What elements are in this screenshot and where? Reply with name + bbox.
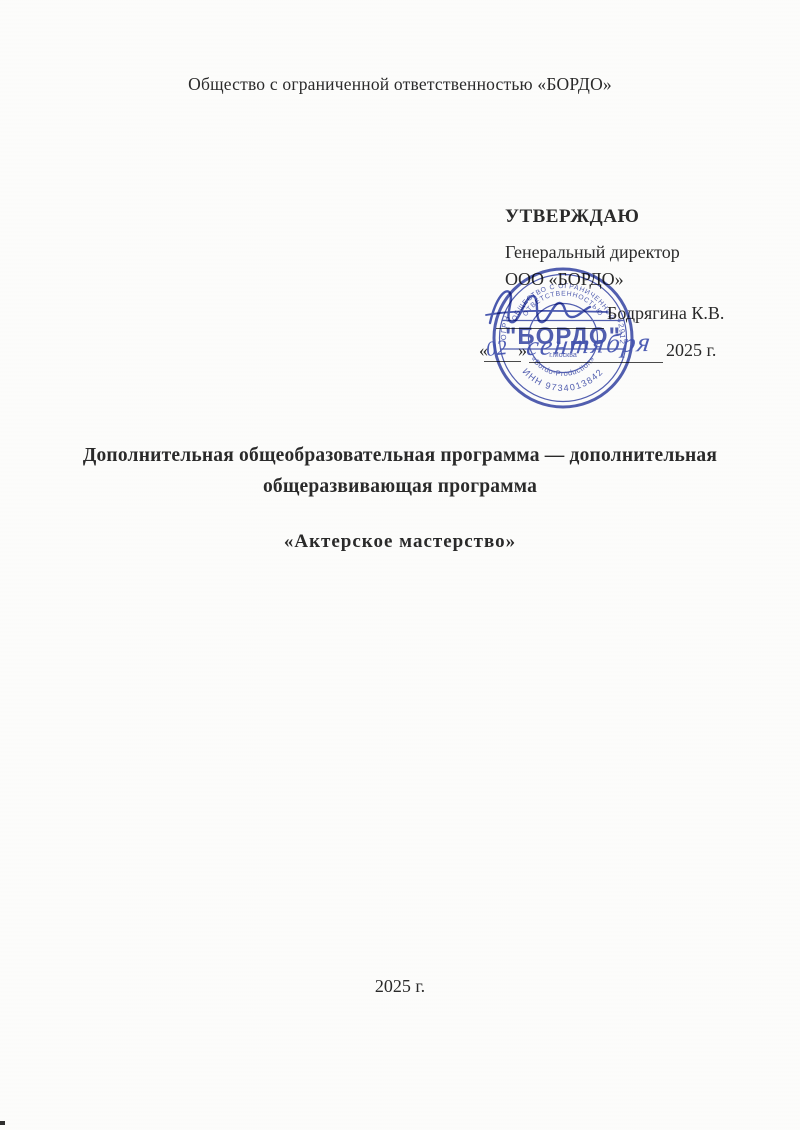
program-title-line1: Дополнительная общеобразовательная прогр… bbox=[0, 440, 800, 471]
handwritten-month: сентября bbox=[524, 327, 654, 362]
org-name: Общество с ограниченной ответственностью… bbox=[0, 74, 800, 95]
handwritten-day: 02 bbox=[485, 335, 508, 362]
program-title-line2: общеразвивающая программа bbox=[0, 471, 800, 502]
footer-year: 2025 г. bbox=[0, 976, 800, 997]
signature-icon bbox=[480, 285, 620, 335]
program-title: Дополнительная общеобразовательная прогр… bbox=[0, 440, 800, 502]
date-year: 2025 г. bbox=[666, 340, 716, 361]
scan-artifact-speck bbox=[0, 1121, 5, 1125]
approve-heading: УТВЕРЖДАЮ bbox=[505, 206, 639, 228]
program-name: «Актерское мастерство» bbox=[0, 531, 800, 553]
